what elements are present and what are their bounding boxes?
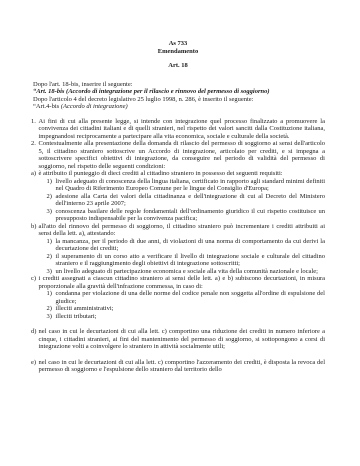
item-text: conoscenza basilare delle regole fondame… <box>56 208 326 223</box>
item-text: è attribuito il punteggio di dieci credi… <box>39 170 326 178</box>
doc-title: Emendamento <box>31 48 325 56</box>
item-text: livello adeguato di conoscenza della lin… <box>56 178 326 193</box>
item-text: all'atto del rinnovo del permesso di sog… <box>39 223 326 238</box>
item-text: condanna per violazione di una delle nor… <box>56 290 326 305</box>
item-d: d) nel caso in cui le decurtazioni di cu… <box>31 328 325 351</box>
article-4bis-prefix: “Art.4-bis <box>33 103 61 110</box>
item-marker: 2) <box>47 193 56 208</box>
document-header: As 733 Emendamento Art. 18 <box>31 40 325 70</box>
item-1: 1. Ai fini di cui alla presente legge, s… <box>31 118 325 141</box>
item-marker: 2. <box>31 140 39 170</box>
doc-number: As 733 <box>31 40 325 48</box>
item-a-3: 3) conoscenza basilare delle regole fond… <box>47 208 326 223</box>
item-marker: 2) <box>47 305 56 313</box>
item-text: nel caso in cui le decurtazioni di cui a… <box>39 359 326 374</box>
item-text: illeciti tributari; <box>56 313 326 321</box>
item-text: nel caso in cui le decurtazioni di cui a… <box>39 328 326 351</box>
item-text: un livello adeguato di partecipazione ec… <box>56 268 326 276</box>
item-marker: d) <box>31 328 39 351</box>
item-b: b) all'atto del rinnovo del permesso di … <box>31 223 325 238</box>
item-a-2: 2) adesione alla Carta dei valori della … <box>47 193 326 208</box>
item-text: i crediti assegnati a ciascun cittadino … <box>39 275 326 290</box>
inserted-article-4bis: “Art.4-bis (Accordo di integrazione) <box>33 103 325 111</box>
item-c-2: 2) illeciti amministrativi; <box>47 305 326 313</box>
intro-text: Dopo l'articolo 4 del decreto legislativ… <box>33 96 254 103</box>
item-text: adesione alla Carta dei valori della cit… <box>56 193 326 208</box>
item-c-3: 3) illeciti tributari; <box>47 313 326 321</box>
item-marker: c) <box>31 275 39 290</box>
amendment-body: 1. Ai fini di cui alla presente legge, s… <box>31 118 325 374</box>
intro-block: Dopo l'art. 18-bis, inserire il seguente… <box>33 81 325 111</box>
item-b-1: 1) la mancanza, per il periodo di due an… <box>47 238 326 253</box>
item-a-1: 1) livello adeguato di conoscenza della … <box>47 178 326 193</box>
intro-instruction-1: Dopo l'art. 18-bis, inserire il seguente… <box>33 81 325 89</box>
item-a: a) è attribuito il punteggio di dieci cr… <box>31 170 325 178</box>
article-heading: Art. 18 <box>31 62 325 70</box>
item-marker: 3) <box>47 208 56 223</box>
item-marker: 1) <box>47 290 56 305</box>
item-text: Contestualmente alla presentazione della… <box>39 140 326 170</box>
article-4bis-subtitle: (Accordo di integrazione) <box>61 103 128 110</box>
item-marker: a) <box>31 170 39 178</box>
item-c: c) i crediti assegnati a ciascun cittadi… <box>31 275 325 290</box>
item-marker: 2) <box>47 253 56 268</box>
item-marker: e) <box>31 359 39 374</box>
inserted-article-title: “Art. 18-bis (Accordo di integrazione pe… <box>33 88 325 96</box>
item-marker: 1) <box>47 178 56 193</box>
article-18bis-title: “Art. 18-bis (Accordo di integrazione pe… <box>33 88 270 95</box>
item-text: Ai fini di cui alla presente legge, si i… <box>39 118 326 141</box>
intro-instruction-2: Dopo l'articolo 4 del decreto legislativ… <box>33 96 325 104</box>
item-text: la mancanza, per il periodo di due anni,… <box>56 238 326 253</box>
item-marker: 3) <box>47 268 56 276</box>
item-marker: 1. <box>31 118 39 141</box>
item-marker: b) <box>31 223 39 238</box>
intro-text: Dopo l'art. 18-bis, inserire il seguente… <box>33 81 133 88</box>
item-e: e) nel caso in cui le decurtazioni di cu… <box>31 359 325 374</box>
item-2: 2. Contestualmente alla presentazione de… <box>31 140 325 170</box>
item-marker: 3) <box>47 313 56 321</box>
item-marker: 1) <box>47 238 56 253</box>
item-b-3: 3) un livello adeguato di partecipazione… <box>47 268 326 276</box>
item-b-2: 2) il superamento di un corso atto a ver… <box>47 253 326 268</box>
item-c-1: 1) condanna per violazione di una delle … <box>47 290 326 305</box>
item-text: illeciti amministrativi; <box>56 305 326 313</box>
document-page: As 733 Emendamento Art. 18 Dopo l'art. 1… <box>0 0 360 466</box>
item-text: il superamento di un corso atto a verifi… <box>56 253 326 268</box>
